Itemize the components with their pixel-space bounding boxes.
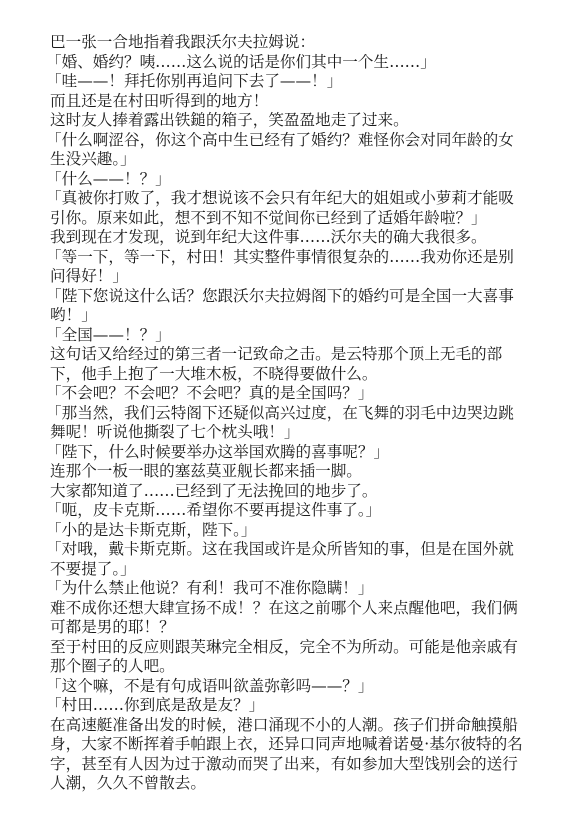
paragraph-dialogue: 「那当然，我们云特阁下还疑似高兴过度，在飞舞的羽毛中边哭边跳舞呢！听说他撕裂了七… [50, 404, 528, 443]
paragraph-dialogue: 「陛下，什么时候要举办这举国欢腾的喜事呢？」 [50, 443, 528, 463]
paragraph-narration: 这句话又给经过的第三者一记致命之击。是云特那个顶上无毛的部下，他手上抱了一大堆木… [50, 345, 528, 384]
paragraph-narration: 大家都知道了……已经到了无法挽回的地步了。 [50, 482, 528, 502]
paragraph-dialogue: 「真被你打败了，我才想说该不会只有年纪大的姐姐或小萝莉才能吸引你。原来如此，想不… [50, 189, 528, 228]
paragraph-narration: 而且还是在村田听得到的地方！ [50, 92, 528, 112]
document-page: 巴一张一合地指着我跟沃尔夫拉姆说： 「婚、婚约？咦……这么说的话是你们其中一个生… [50, 33, 528, 794]
paragraph-narration: 连那个一板一眼的塞兹莫亚舰长都来插一脚。 [50, 462, 528, 482]
paragraph-dialogue: 「全国——！？」 [50, 326, 528, 346]
paragraph-narration: 在高速艇准备出发的时候，港口涌现不小的人潮。孩子们拼命触摸船身，大家不断挥着手帕… [50, 716, 528, 794]
paragraph-dialogue: 「等一下，等一下，村田！其实整件事情很复杂的……我劝你还是别问得好！」 [50, 248, 528, 287]
paragraph-narration: 难不成你还想大肆宣扬不成！？在这之前哪个人来点醒他吧，我们俩可都是男的耶！？ [50, 599, 528, 638]
paragraph-dialogue: 「什么——！？」 [50, 170, 528, 190]
paragraph-dialogue: 「不会吧？不会吧？不会吧？真的是全国吗？」 [50, 384, 528, 404]
paragraph-dialogue: 「村田……你到底是敌是友？」 [50, 696, 528, 716]
paragraph-dialogue: 「呃，皮卡克斯……希望你不要再提这件事了。」 [50, 501, 528, 521]
paragraph-narration: 巴一张一合地指着我跟沃尔夫拉姆说： [50, 33, 528, 53]
paragraph-dialogue: 「陛下您说这什么话？您跟沃尔夫拉姆阁下的婚约可是全国一大喜事哟！」 [50, 287, 528, 326]
paragraph-dialogue: 「哇——！拜托你别再追问下去了——！」 [50, 72, 528, 92]
paragraph-narration: 我到现在才发现，说到年纪大这件事……沃尔夫的确大我很多。 [50, 228, 528, 248]
paragraph-narration: 至于村田的反应则跟芙琳完全相反，完全不为所动。可能是他亲戚有那个圈子的人吧。 [50, 638, 528, 677]
paragraph-narration: 这时友人捧着露出铁鎚的箱子，笑盈盈地走了过来。 [50, 111, 528, 131]
paragraph-dialogue: 「为什么禁止他说？有利！我可不准你隐瞒！」 [50, 579, 528, 599]
paragraph-dialogue: 「婚、婚约？咦……这么说的话是你们其中一个生……」 [50, 53, 528, 73]
paragraph-dialogue: 「对哦，戴卡斯克斯。这在我国或许是众所皆知的事，但是在国外就不要提了。」 [50, 540, 528, 579]
paragraph-dialogue: 「小的是达卡斯克斯，陛下。」 [50, 521, 528, 541]
paragraph-dialogue: 「什么啊涩谷，你这个高中生已经有了婚约？难怪你会对同年龄的女生没兴趣。」 [50, 131, 528, 170]
paragraph-dialogue: 「这个嘛，不是有句成语叫欲盖弥彰吗——？」 [50, 677, 528, 697]
